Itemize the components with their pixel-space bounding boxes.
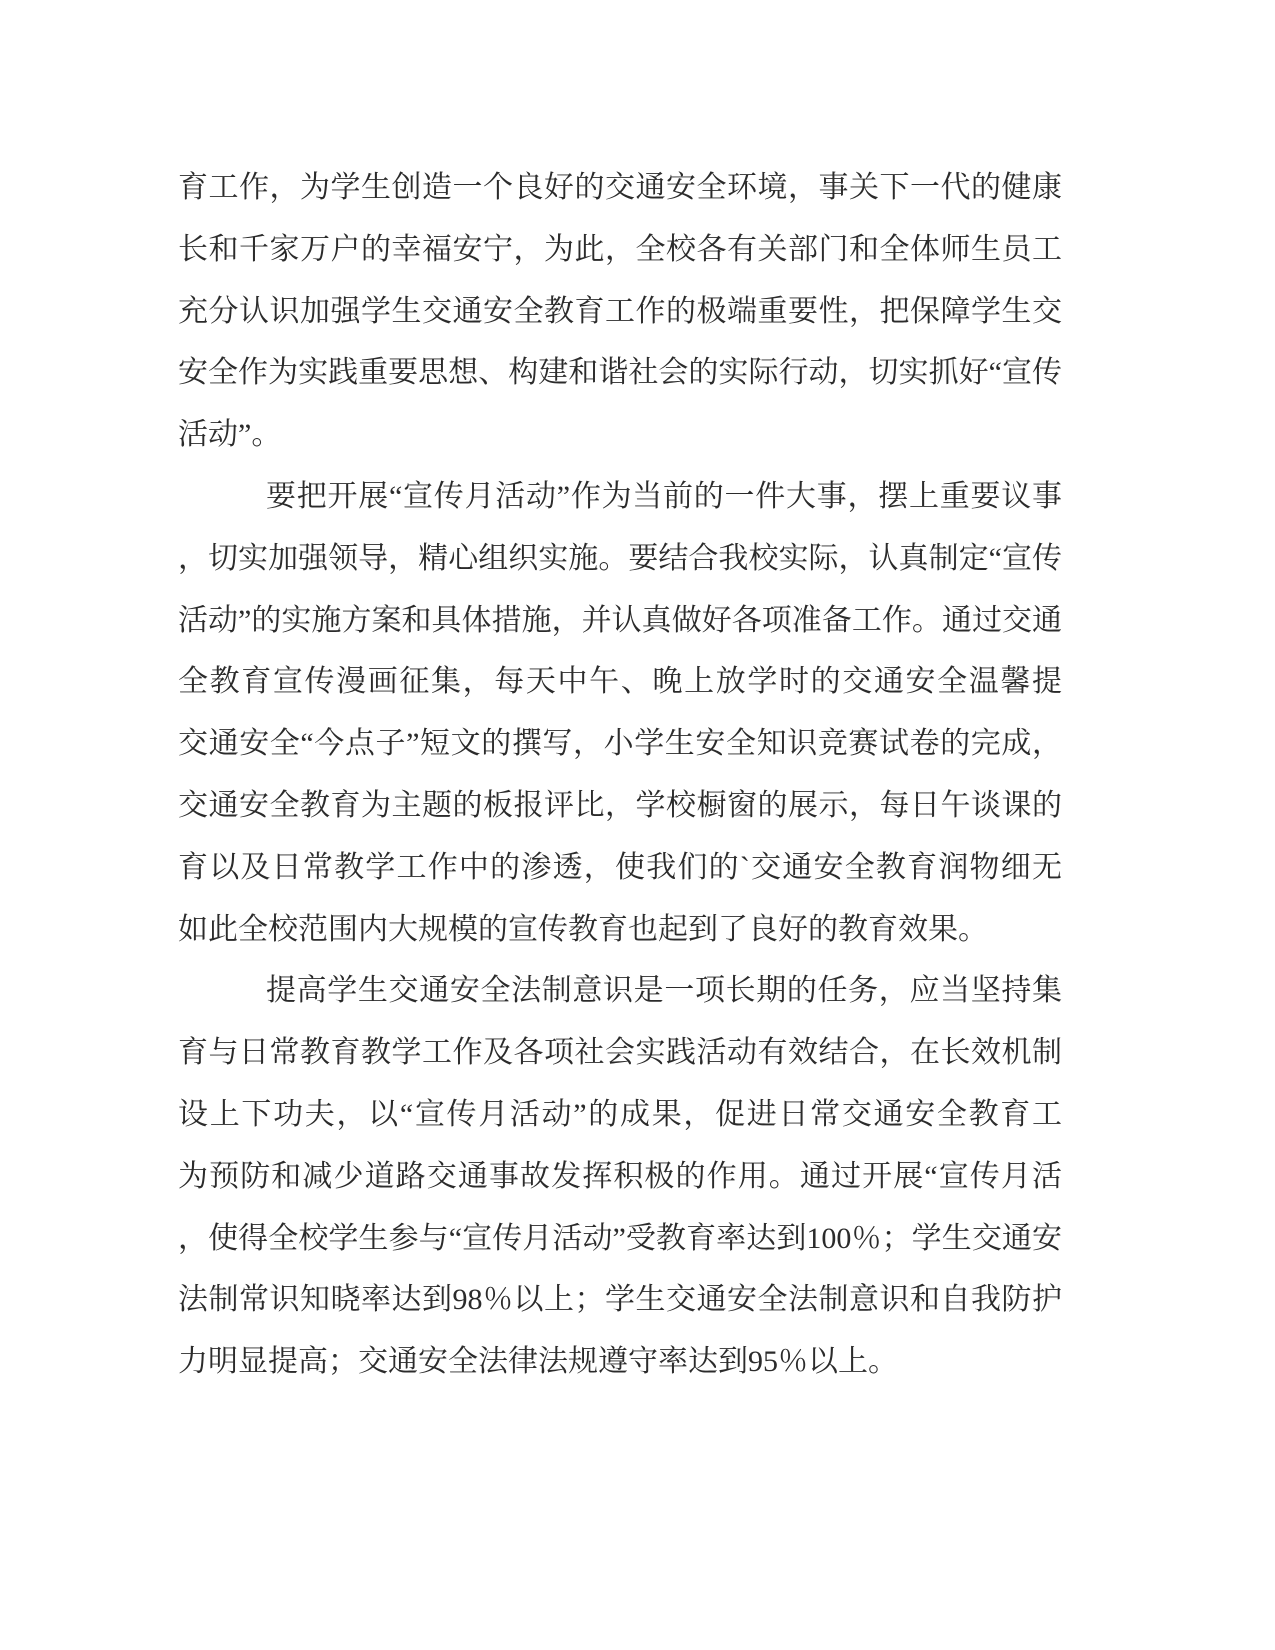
text-line: 提高学生交通安全法制意识是一项长期的任务，应当坚持集中教 [178,960,1062,1022]
text-line: 活动”。 [178,404,1062,466]
text-line: 育以及日常教学工作中的渗透，使我们的`交通安全教育润物细无声， [178,837,1062,899]
text-line: 交通安全教育为主题的板报评比，学校橱窗的展示，每日午谈课的教 [178,775,1062,837]
text-line: 育工作，为学生创造一个良好的交通安全环境，事关下一代的健康成 [178,157,1062,219]
document-page: 育工作，为学生创造一个良好的交通安全环境，事关下一代的健康成 长和千家万户的幸福… [0,0,1275,1650]
text-line: 为预防和减少道路交通事故发挥积极的作用。通过开展“宣传月活动” [178,1146,1062,1208]
text-line: 充分认识加强学生交通安全教育工作的极端重要性，把保障学生交通 [178,281,1062,343]
text-line: 安全作为实践重要思想、构建和谐社会的实际行动，切实抓好“宣传月 [178,342,1062,404]
text-line: 全教育宣传漫画征集，每天中午、晚上放学时的交通安全温馨提示， [178,651,1062,713]
text-line: 长和千家万户的幸福安宁，为此，全校各有关部门和全体师生员工要 [178,219,1062,281]
text-line: ，使得全校学生参与“宣传月活动”受教育率达到100％；学生交通安全 [178,1208,1062,1270]
text-line: ，切实加强领导，精心组织实施。要结合我校实际，认真制定“宣传月 [178,528,1062,590]
text-line: 育与日常教育教学工作及各项社会实践活动有效结合，在长效机制建 [178,1022,1062,1084]
text-line: 如此全校范围内大规模的宣传教育也起到了良好的教育效果。 [178,899,1062,961]
text-line: 活动”的实施方案和具体措施，并认真做好各项准备工作。通过交通安 [178,590,1062,652]
document-body: 育工作，为学生创造一个良好的交通安全环境，事关下一代的健康成 长和千家万户的幸福… [178,157,1062,1393]
paragraph-2: 要把开展“宣传月活动”作为当前的一件大事，摆上重要议事日程 ，切实加强领导，精心… [178,466,1062,960]
paragraph-1: 育工作，为学生创造一个良好的交通安全环境，事关下一代的健康成 长和千家万户的幸福… [178,157,1062,466]
text-line: 法制常识知晓率达到98％以上；学生交通安全法制意识和自我防护能 [178,1269,1062,1331]
text-line: 交通安全“今点子”短文的撰写，小学生安全知识竞赛试卷的完成，以 [178,713,1062,775]
text-line: 设上下功夫，以“宣传月活动”的成果，促进日常交通安全教育工作， [178,1084,1062,1146]
paragraph-3: 提高学生交通安全法制意识是一项长期的任务，应当坚持集中教 育与日常教育教学工作及… [178,960,1062,1393]
text-line: 力明显提高；交通安全法律法规遵守率达到95％以上。 [178,1331,1062,1393]
text-line: 要把开展“宣传月活动”作为当前的一件大事，摆上重要议事日程 [178,466,1062,528]
